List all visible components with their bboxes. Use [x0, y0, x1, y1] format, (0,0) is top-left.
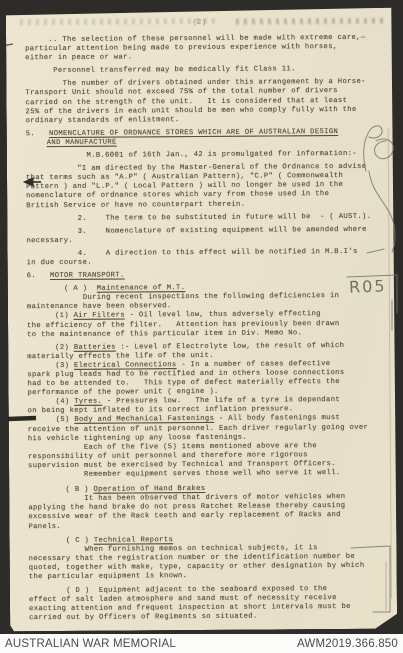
paragraph-driver-numbers: The number of drivers obtained under thi…: [25, 78, 381, 126]
section-5-number: 5.: [26, 130, 49, 138]
list-item-term: Air Filters: [74, 312, 125, 320]
subsection-a-maintenance: ( A ) Maintenance of M.T. During recent …: [27, 283, 383, 313]
paragraph-five-items: Each of the five (5) items mentioned abo…: [28, 441, 384, 480]
item-id: AWM2019.366.850: [297, 638, 398, 650]
list-item-number: (4): [28, 398, 75, 406]
paragraph-medical-fitness: Personnel transferred may be medically f…: [25, 65, 381, 77]
subsection-b-label: ( B ): [28, 486, 93, 494]
list-item-term: Tyres.: [74, 398, 102, 406]
section-5-title-line2: AND MANUFACTURE: [47, 139, 117, 147]
paragraph-item-3: 3. Nomenclature of existing equipment wi…: [26, 225, 382, 246]
paragraph-item-4: 4. A direction to this effect will be no…: [27, 248, 383, 269]
section-6-heading: 6. MOTOR TRANSPORT.: [27, 270, 383, 282]
list-item-number: (3): [27, 362, 74, 370]
paragraph-mb6001: M.B.6001 of 16th Jan., 42 is promulgated…: [26, 150, 382, 162]
section-6-title: MOTOR TRANSPORT.: [50, 272, 125, 281]
list-item-number: (1): [27, 312, 74, 320]
paragraph-item-2: 2. The term to be substituted in future …: [26, 212, 382, 224]
typed-content: .. The selection of these personnel will…: [6, 8, 397, 624]
subsection-d-seaboard: ( D ) Equipment adjacent to the seaboard…: [29, 585, 385, 624]
footer-bar: AUSTRALIAN WAR MEMORIAL AWM2019.366.850: [0, 634, 403, 653]
document-page: (2) .. The selection of these personnel …: [6, 8, 397, 632]
archive-name: AUSTRALIAN WAR MEMORIAL: [5, 638, 176, 650]
paragraph-selection: .. The selection of these personnel will…: [25, 34, 381, 64]
list-item-number: (2): [27, 344, 74, 352]
subsection-c-title: Technical Reports: [94, 536, 173, 545]
list-item-number: (5): [28, 416, 75, 424]
section-5-title-line1: NOMENCLATURE OF ORDNANCE STORES WHICH AR…: [49, 128, 338, 138]
section-5-heading: 5. NOMENCLATURE OF ORDNANCE STORES WHICH…: [26, 128, 382, 149]
subsection-b-hand-brakes: ( B ) Operation of Hand Brakes It has be…: [28, 484, 384, 532]
list-item-electrical-connections: (3) Electrical Connections - In a number…: [27, 360, 383, 399]
subsection-b-title: Operation of Hand Brakes: [93, 485, 205, 494]
list-item-term: Body and Mechanical Fastenings: [74, 415, 214, 424]
list-item-air-filters: (1) Air Filters - Oil level low, thus ad…: [27, 310, 383, 340]
subsection-c-technical-reports: ( C ) Technical Reports When furnishing …: [29, 534, 385, 582]
paragraph-quote: "I am directed by the Master-General of …: [26, 163, 382, 211]
pencil-reference-annotation: R05: [349, 276, 387, 296]
photo-backdrop: (2) .. The selection of these personnel …: [0, 0, 403, 653]
subsection-a-title: Maintenance of M.T.: [97, 284, 186, 293]
section-6-number: 6.: [27, 272, 50, 280]
subsection-c-label: ( C ): [29, 536, 94, 544]
list-item-term: Electrical Connections: [74, 361, 177, 370]
list-item-term: Batteries: [74, 343, 116, 351]
subsection-a-label: ( A ): [27, 285, 97, 293]
list-item-body-fastenings: (5) Body and Mechanical Fastenings - All…: [28, 414, 384, 444]
